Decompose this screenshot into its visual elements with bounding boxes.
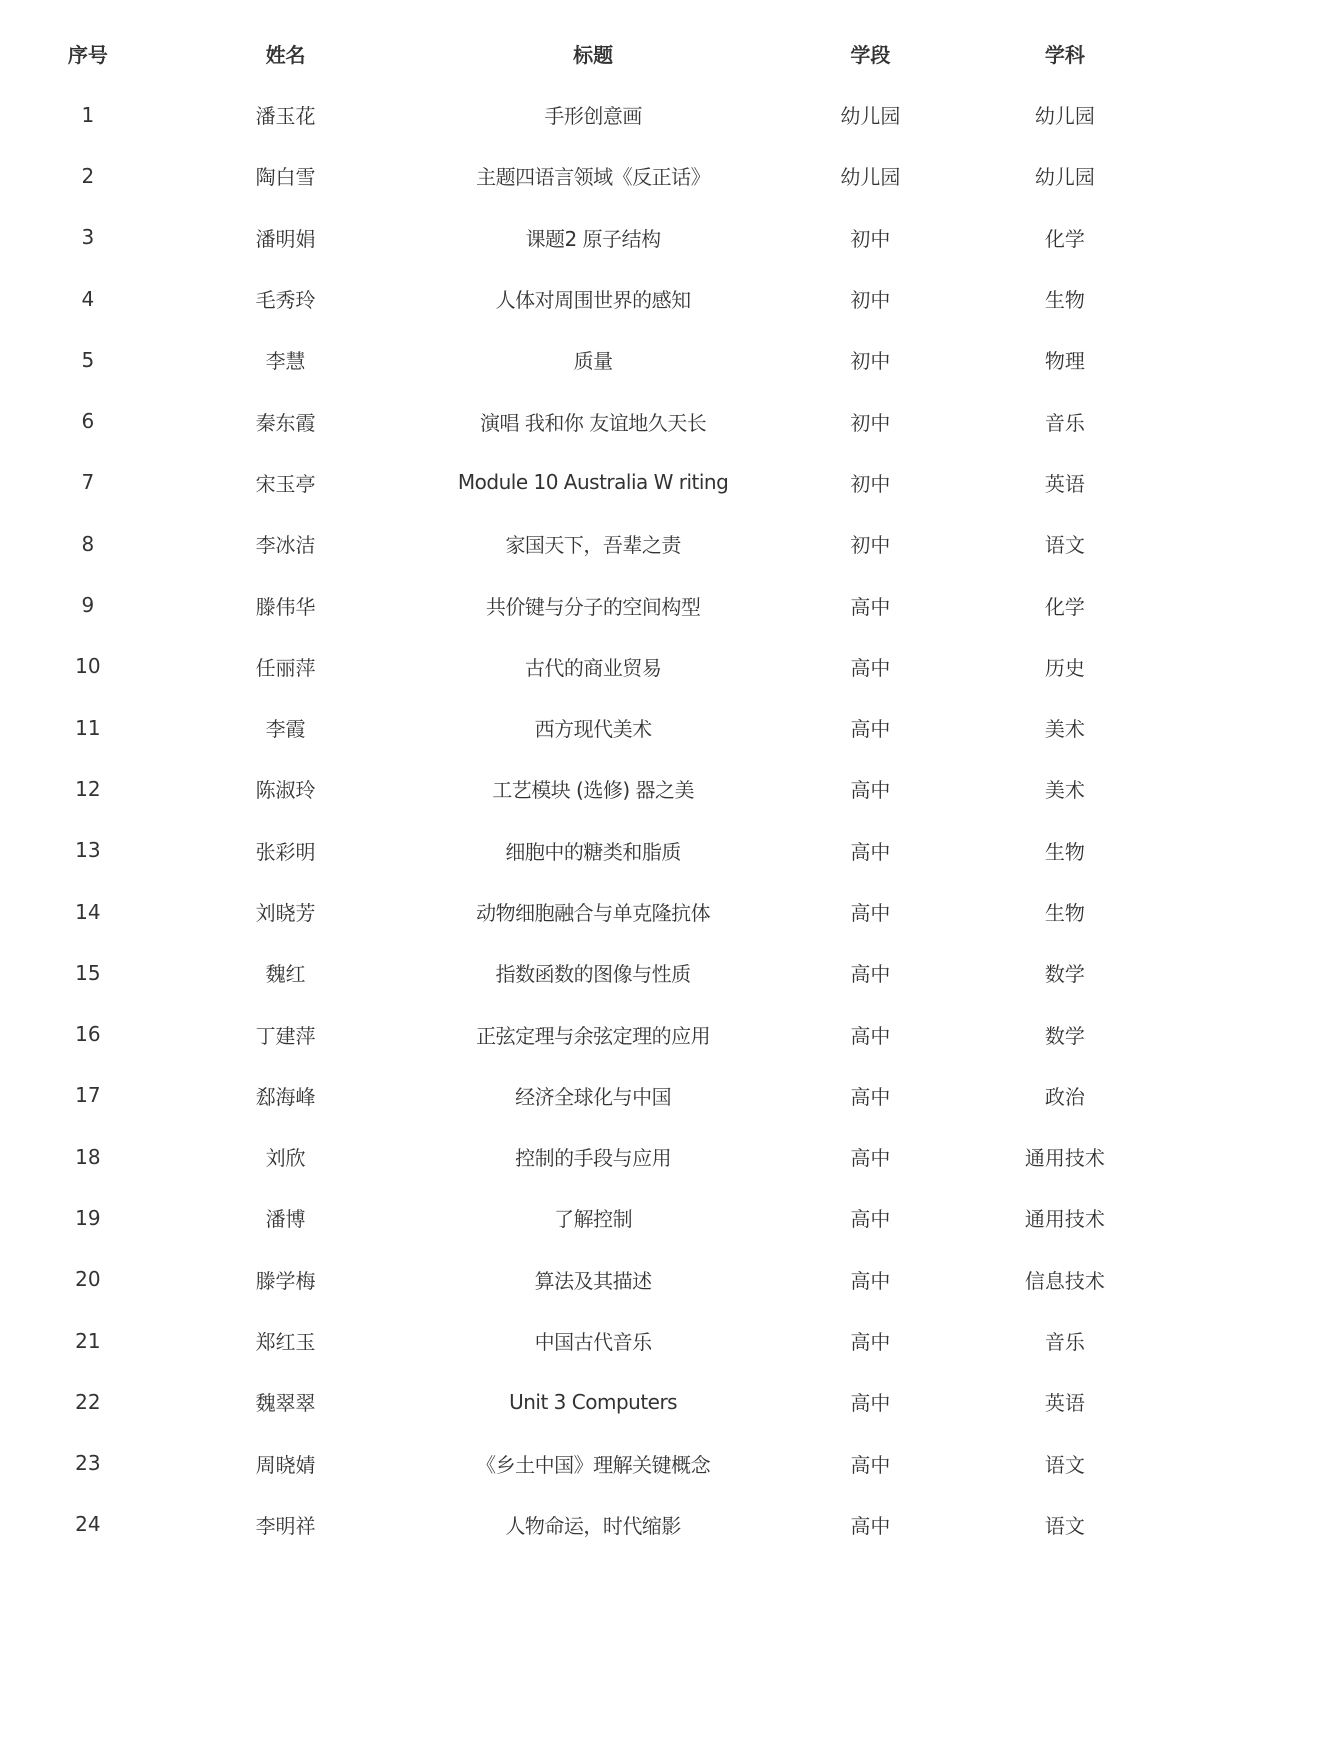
table-row: 8李冰洁家国天下，吾辈之责初中语文	[0, 513, 1180, 574]
table-row: 3潘明娟课题2 原子结构初中化学	[0, 207, 1180, 268]
cell-title: 家国天下，吾辈之责	[395, 513, 790, 574]
cell-title: 人物命运，时代缩影	[395, 1494, 790, 1555]
table-row: 14刘晓芳动物细胞融合与单克隆抗体高中生物	[0, 881, 1180, 942]
cell-stage: 高中	[791, 1433, 950, 1494]
cell-subject: 音乐	[950, 390, 1180, 451]
cell-subject: 幼儿园	[950, 145, 1180, 206]
table-row: 23周晓婧《乡土中国》理解关键概念高中语文	[0, 1433, 1180, 1494]
cell-subject: 英语	[950, 1371, 1180, 1432]
cell-name: 潘玉花	[176, 84, 396, 145]
cell-subject: 政治	[950, 1065, 1180, 1126]
table-row: 20滕学梅算法及其描述高中信息技术	[0, 1249, 1180, 1310]
cell-stage: 初中	[791, 268, 950, 329]
table-row: 13张彩明细胞中的糖类和脂质高中生物	[0, 820, 1180, 881]
lesson-list-table-container: 序号 姓名 标题 学段 学科 1潘玉花手形创意画幼儿园幼儿园2陶白雪主题四语言领…	[0, 22, 1180, 1555]
cell-title: 中国古代音乐	[395, 1310, 790, 1371]
table-row: 24李明祥人物命运，时代缩影高中语文	[0, 1494, 1180, 1555]
table-row: 1潘玉花手形创意画幼儿园幼儿园	[0, 84, 1180, 145]
cell-index: 10	[0, 636, 176, 697]
cell-title: 演唱 我和你 友谊地久天长	[395, 390, 790, 451]
cell-stage: 高中	[791, 1187, 950, 1248]
cell-stage: 幼儿园	[791, 84, 950, 145]
cell-name: 李霞	[176, 697, 396, 758]
cell-name: 周晓婧	[176, 1433, 396, 1494]
cell-name: 丁建萍	[176, 1003, 396, 1064]
cell-index: 22	[0, 1371, 176, 1432]
cell-index: 20	[0, 1249, 176, 1310]
cell-index: 11	[0, 697, 176, 758]
cell-stage: 高中	[791, 1310, 950, 1371]
table-row: 15魏红指数函数的图像与性质高中数学	[0, 942, 1180, 1003]
cell-stage: 高中	[791, 1126, 950, 1187]
cell-subject: 信息技术	[950, 1249, 1180, 1310]
cell-stage: 幼儿园	[791, 145, 950, 206]
cell-subject: 语文	[950, 513, 1180, 574]
cell-name: 魏红	[176, 942, 396, 1003]
cell-stage: 高中	[791, 1249, 950, 1310]
cell-name: 李慧	[176, 329, 396, 390]
cell-stage: 高中	[791, 1494, 950, 1555]
cell-index: 7	[0, 452, 176, 513]
cell-title: 主题四语言领域《反正话》	[395, 145, 790, 206]
header-name: 姓名	[176, 22, 396, 84]
cell-stage: 高中	[791, 1003, 950, 1064]
cell-subject: 数学	[950, 1003, 1180, 1064]
table-row: 21郑红玉中国古代音乐高中音乐	[0, 1310, 1180, 1371]
cell-index: 17	[0, 1065, 176, 1126]
cell-subject: 生物	[950, 881, 1180, 942]
cell-title: 课题2 原子结构	[395, 207, 790, 268]
cell-title: 算法及其描述	[395, 1249, 790, 1310]
cell-subject: 通用技术	[950, 1126, 1180, 1187]
cell-index: 19	[0, 1187, 176, 1248]
table-row: 16丁建萍正弦定理与余弦定理的应用高中数学	[0, 1003, 1180, 1064]
cell-index: 1	[0, 84, 176, 145]
cell-stage: 高中	[791, 881, 950, 942]
cell-subject: 语文	[950, 1433, 1180, 1494]
cell-stage: 高中	[791, 1371, 950, 1432]
cell-title: 古代的商业贸易	[395, 636, 790, 697]
cell-title: Module 10 Australia W riting	[395, 452, 790, 513]
header-row: 序号 姓名 标题 学段 学科	[0, 22, 1180, 84]
cell-index: 4	[0, 268, 176, 329]
cell-stage: 初中	[791, 329, 950, 390]
cell-index: 15	[0, 942, 176, 1003]
cell-name: 秦东霞	[176, 390, 396, 451]
cell-index: 8	[0, 513, 176, 574]
cell-stage: 高中	[791, 758, 950, 819]
cell-title: 正弦定理与余弦定理的应用	[395, 1003, 790, 1064]
lesson-list-table: 序号 姓名 标题 学段 学科 1潘玉花手形创意画幼儿园幼儿园2陶白雪主题四语言领…	[0, 22, 1180, 1555]
cell-subject: 语文	[950, 1494, 1180, 1555]
cell-index: 23	[0, 1433, 176, 1494]
table-header: 序号 姓名 标题 学段 学科	[0, 22, 1180, 84]
cell-stage: 初中	[791, 390, 950, 451]
cell-index: 5	[0, 329, 176, 390]
table-row: 2陶白雪主题四语言领域《反正话》幼儿园幼儿园	[0, 145, 1180, 206]
cell-stage: 初中	[791, 513, 950, 574]
cell-index: 24	[0, 1494, 176, 1555]
cell-title: 人体对周围世界的感知	[395, 268, 790, 329]
table-row: 10任丽萍古代的商业贸易高中历史	[0, 636, 1180, 697]
table-row: 19潘博了解控制高中通用技术	[0, 1187, 1180, 1248]
cell-name: 刘欣	[176, 1126, 396, 1187]
cell-name: 李明祥	[176, 1494, 396, 1555]
cell-name: 潘博	[176, 1187, 396, 1248]
cell-subject: 通用技术	[950, 1187, 1180, 1248]
cell-title: 经济全球化与中国	[395, 1065, 790, 1126]
cell-title: 指数函数的图像与性质	[395, 942, 790, 1003]
table-row: 7宋玉亭Module 10 Australia W riting初中英语	[0, 452, 1180, 513]
cell-subject: 历史	[950, 636, 1180, 697]
header-index: 序号	[0, 22, 176, 84]
cell-name: 陈淑玲	[176, 758, 396, 819]
cell-index: 6	[0, 390, 176, 451]
cell-title: 西方现代美术	[395, 697, 790, 758]
cell-stage: 初中	[791, 207, 950, 268]
cell-stage: 高中	[791, 1065, 950, 1126]
cell-name: 宋玉亭	[176, 452, 396, 513]
cell-index: 13	[0, 820, 176, 881]
cell-title: 动物细胞融合与单克隆抗体	[395, 881, 790, 942]
cell-subject: 化学	[950, 207, 1180, 268]
table-row: 11李霞西方现代美术高中美术	[0, 697, 1180, 758]
cell-title: 细胞中的糖类和脂质	[395, 820, 790, 881]
cell-title: 《乡土中国》理解关键概念	[395, 1433, 790, 1494]
cell-index: 3	[0, 207, 176, 268]
cell-index: 2	[0, 145, 176, 206]
cell-subject: 化学	[950, 574, 1180, 635]
header-stage: 学段	[791, 22, 950, 84]
cell-name: 李冰洁	[176, 513, 396, 574]
cell-title: 质量	[395, 329, 790, 390]
cell-subject: 幼儿园	[950, 84, 1180, 145]
cell-name: 滕伟华	[176, 574, 396, 635]
cell-subject: 音乐	[950, 1310, 1180, 1371]
cell-index: 12	[0, 758, 176, 819]
table-row: 22魏翠翠Unit 3 Computers高中英语	[0, 1371, 1180, 1432]
cell-name: 任丽萍	[176, 636, 396, 697]
cell-stage: 高中	[791, 820, 950, 881]
cell-stage: 高中	[791, 574, 950, 635]
cell-name: 魏翠翠	[176, 1371, 396, 1432]
table-row: 9滕伟华共价键与分子的空间构型高中化学	[0, 574, 1180, 635]
cell-stage: 高中	[791, 636, 950, 697]
table-row: 12陈淑玲工艺模块 (选修) 器之美高中美术	[0, 758, 1180, 819]
cell-stage: 高中	[791, 942, 950, 1003]
cell-name: 郑红玉	[176, 1310, 396, 1371]
header-subject: 学科	[950, 22, 1180, 84]
table-row: 6秦东霞演唱 我和你 友谊地久天长初中音乐	[0, 390, 1180, 451]
cell-name: 刘晓芳	[176, 881, 396, 942]
cell-index: 16	[0, 1003, 176, 1064]
cell-subject: 数学	[950, 942, 1180, 1003]
table-row: 17郄海峰经济全球化与中国高中政治	[0, 1065, 1180, 1126]
cell-name: 张彩明	[176, 820, 396, 881]
table-row: 18刘欣控制的手段与应用高中通用技术	[0, 1126, 1180, 1187]
cell-subject: 英语	[950, 452, 1180, 513]
cell-name: 郄海峰	[176, 1065, 396, 1126]
cell-title: 共价键与分子的空间构型	[395, 574, 790, 635]
cell-name: 陶白雪	[176, 145, 396, 206]
cell-name: 潘明娟	[176, 207, 396, 268]
cell-index: 18	[0, 1126, 176, 1187]
cell-subject: 物理	[950, 329, 1180, 390]
table-body: 1潘玉花手形创意画幼儿园幼儿园2陶白雪主题四语言领域《反正话》幼儿园幼儿园3潘明…	[0, 84, 1180, 1555]
cell-subject: 生物	[950, 268, 1180, 329]
cell-title: 了解控制	[395, 1187, 790, 1248]
cell-name: 滕学梅	[176, 1249, 396, 1310]
header-title: 标题	[395, 22, 790, 84]
cell-title: Unit 3 Computers	[395, 1371, 790, 1432]
cell-index: 14	[0, 881, 176, 942]
cell-name: 毛秀玲	[176, 268, 396, 329]
cell-subject: 生物	[950, 820, 1180, 881]
cell-index: 21	[0, 1310, 176, 1371]
cell-title: 工艺模块 (选修) 器之美	[395, 758, 790, 819]
cell-title: 控制的手段与应用	[395, 1126, 790, 1187]
cell-stage: 高中	[791, 697, 950, 758]
cell-subject: 美术	[950, 697, 1180, 758]
cell-subject: 美术	[950, 758, 1180, 819]
cell-index: 9	[0, 574, 176, 635]
table-row: 4毛秀玲人体对周围世界的感知初中生物	[0, 268, 1180, 329]
table-row: 5李慧质量初中物理	[0, 329, 1180, 390]
cell-stage: 初中	[791, 452, 950, 513]
cell-title: 手形创意画	[395, 84, 790, 145]
